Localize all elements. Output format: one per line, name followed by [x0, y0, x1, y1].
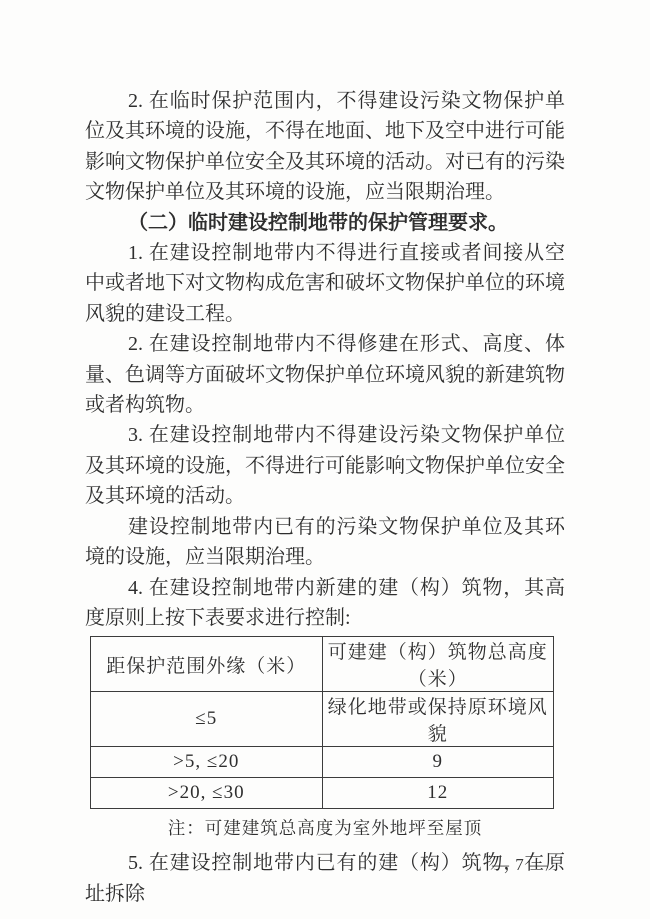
table-cell-height: 12	[322, 778, 554, 809]
table-cell-distance: ≤5	[91, 692, 323, 747]
paragraph-control-zone-item4: 4. 在建设控制地带内新建的建（构）筑物，其高度原则上按下表要求进行控制:	[85, 573, 565, 634]
table-cell-height: 9	[322, 747, 554, 778]
table-cell-distance: >5, ≤20	[91, 747, 323, 778]
paragraph-control-zone-item3: 3. 在建设控制地带内不得建设污染文物保护单位及其环境的设施，不得进行可能影响文…	[85, 420, 565, 511]
table-row: >5, ≤20 9	[91, 747, 554, 778]
paragraph-control-zone-item2: 2. 在建设控制地带内不得修建在形式、高度、体量、色调等方面破坏文物保护单位环境…	[85, 329, 565, 420]
section-heading-temp-construction-control: （二）临时建设控制地带的保护管理要求。	[85, 208, 565, 238]
table-cell-distance: >20, ≤30	[91, 778, 323, 809]
table-header-row: 距保护范围外缘（米） 可建建（构）筑物总高度（米）	[91, 637, 554, 692]
page-number: — 7 —	[490, 855, 550, 875]
paragraph-temp-protection-item2: 2. 在临时保护范围内，不得建设污染文物保护单位及其环境的设施，不得在地面、地下…	[85, 86, 565, 208]
building-height-control-table: 距保护范围外缘（米） 可建建（构）筑物总高度（米） ≤5 绿化地带或保持原环境风…	[90, 636, 554, 809]
document-page: 2. 在临时保护范围内，不得建设污染文物保护单位及其环境的设施，不得在地面、地下…	[0, 0, 650, 919]
paragraph-existing-pollution-facilities: 建设控制地带内已有的污染文物保护单位及其环境的设施，应当限期治理。	[85, 512, 565, 573]
table-header-distance: 距保护范围外缘（米）	[91, 637, 323, 692]
table-row: ≤5 绿化地带或保持原环境风貌	[91, 692, 554, 747]
table-header-max-height: 可建建（构）筑物总高度（米）	[322, 637, 554, 692]
table-row: >20, ≤30 12	[91, 778, 554, 809]
table-cell-height: 绿化地带或保持原环境风貌	[322, 692, 554, 747]
paragraph-control-zone-item1: 1. 在建设控制地带内不得进行直接或者间接从空中或者地下对文物构成危害和破坏文物…	[85, 238, 565, 329]
table-note: 注：可建建筑总高度为室外地坪至屋顶	[85, 813, 565, 843]
document-body: 2. 在临时保护范围内，不得建设污染文物保护单位及其环境的设施，不得在地面、地下…	[85, 86, 565, 909]
